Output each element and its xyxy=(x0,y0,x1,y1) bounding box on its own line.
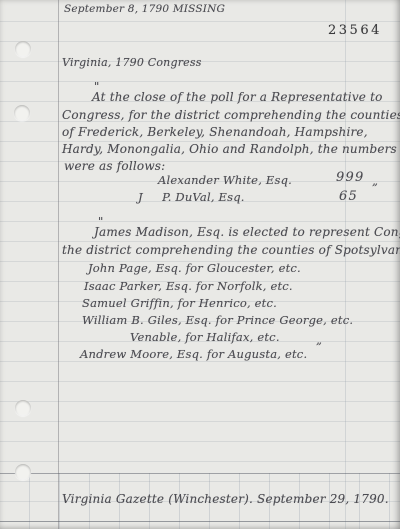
scanned-notebook-page: September 8, 1790 MISSING 23564 Virginia… xyxy=(0,0,400,529)
elected-list-item: Andrew Moore, Esq. for Augusta, etc. xyxy=(80,347,307,361)
result-vote-count: 999 xyxy=(336,170,364,185)
elected-list-item: William B. Giles, Esq. for Prince George… xyxy=(82,313,353,327)
result-candidate-name: Alexander White, Esq. xyxy=(158,173,292,187)
bottom-rule-bottom xyxy=(0,521,400,522)
paragraph2-line: James Madison, Esq. is elected to repres… xyxy=(94,225,400,239)
elected-list-item: Venable, for Halifax, etc. xyxy=(130,330,280,344)
ditto-mark: „ xyxy=(316,333,322,347)
paragraph2-line: the district comprehending the counties … xyxy=(62,243,400,257)
paragraph1-line: Hardy, Monongalia, Ohio and Randolph, th… xyxy=(62,142,397,156)
source-citation: Virginia Gazette (Winchester). September… xyxy=(62,492,389,506)
punch-hole xyxy=(15,400,31,416)
header-date-note: September 8, 1790 MISSING xyxy=(64,3,225,15)
right-column-line xyxy=(345,0,346,529)
elected-list-item: Samuel Griffin, for Henrico, etc. xyxy=(82,296,277,310)
elected-list-item: John Page, Esq. for Gloucester, etc. xyxy=(88,261,301,275)
left-margin-line xyxy=(58,0,59,529)
page-title: Virginia, 1790 Congress xyxy=(62,56,202,69)
paragraph1-line: At the close of the poll for a Represent… xyxy=(92,90,383,104)
punch-hole xyxy=(14,105,30,121)
punch-hole xyxy=(15,41,31,57)
paragraph1-line: were as follows: xyxy=(64,159,165,173)
bottom-rule-top xyxy=(0,473,400,474)
result-candidate-name: J P. DuVal, Esq. xyxy=(138,190,245,204)
result-vote-count: 65 xyxy=(339,189,358,204)
accession-number-stamp: 23564 xyxy=(328,23,382,38)
ditto-mark: „ xyxy=(372,174,378,188)
elected-list-item: Isaac Parker, Esq. for Norfolk, etc. xyxy=(84,279,293,293)
paragraph1-line: of Frederick, Berkeley, Shenandoah, Hamp… xyxy=(62,125,368,139)
punch-hole xyxy=(15,464,31,480)
paragraph1-line: Congress, for the district comprehending… xyxy=(62,108,400,122)
